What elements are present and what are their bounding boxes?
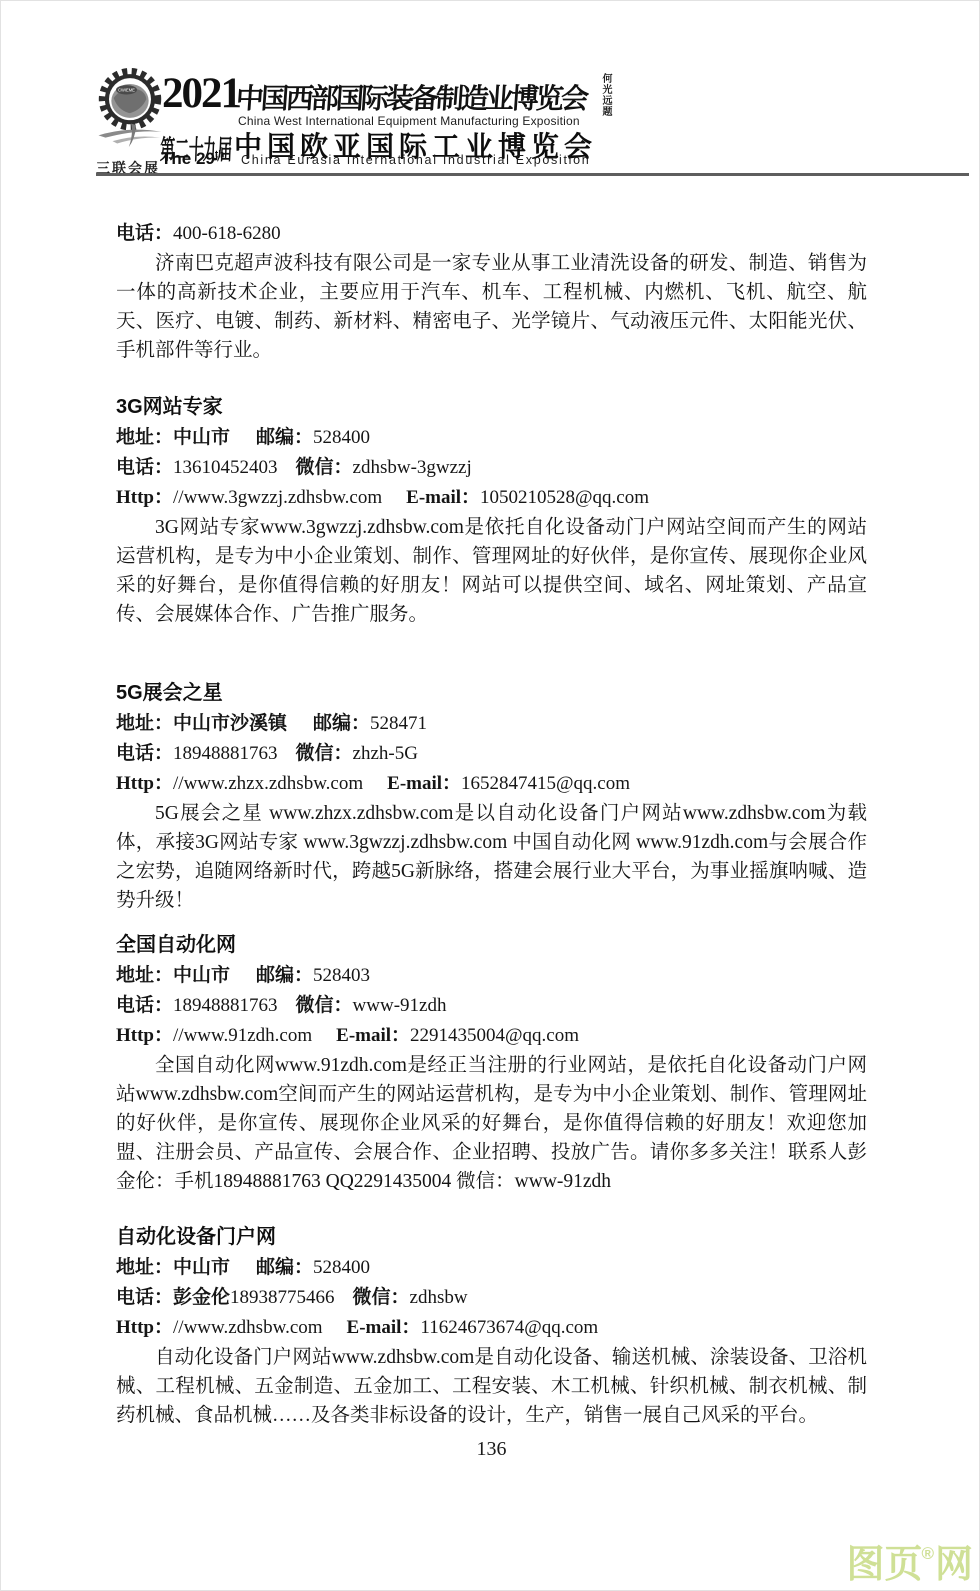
url-value: //www.zhzx.zdhsbw.com (173, 773, 363, 794)
address-value: 中山市 (173, 427, 230, 448)
website-line: Http：//www.3gwzzj.zdhsbw.comE-mail：10502… (116, 483, 867, 513)
phone-label: 电话： (116, 1287, 173, 1308)
address-value: 中山市 (173, 1257, 230, 1278)
email-label: E-mail： (387, 773, 461, 794)
company-name: 3G网站专家 (116, 390, 867, 419)
intro-description: 济南巴克超声波科技有限公司是一家专业从事工业清洗设备的研发、制造、销售为一体的高… (116, 249, 867, 365)
company-description: 自动化设备门户网站www.zdhsbw.com是自动化设备、输送机械、涂装设备、… (116, 1343, 867, 1430)
phone-line: 电话：13610452403微信：zdhsbw-3gwzzj (116, 453, 867, 483)
company-name: 自动化设备门户网 (116, 1220, 867, 1249)
address-line: 地址：中山市沙溪镇邮编：528471 (116, 709, 867, 739)
company-listing-91zdh: 全国自动化网 地址：中山市邮编：528403 电话：18948881763微信：… (116, 928, 867, 1196)
address-label: 地址： (116, 965, 173, 986)
phone-line: 电话：18948881763微信：zhzh-5G (116, 739, 867, 769)
ordinal-suffix: th (215, 149, 224, 160)
phone-value: 400-618-6280 (173, 223, 281, 244)
zip-label: 邮编： (256, 427, 313, 448)
company-listing-3g: 3G网站专家 地址：中山市邮编：528400 电话：13610452403微信：… (116, 390, 867, 629)
website-line: Http：//www.zhzx.zdhsbw.comE-mail：1652847… (116, 769, 867, 799)
header-title-cn: 中国西部国际装备制造业博览会 (235, 77, 588, 117)
wechat-label: 微信： (296, 743, 353, 764)
address-label: 地址： (116, 427, 173, 448)
address-value: 中山市沙溪镇 (173, 713, 287, 734)
email-label: E-mail： (347, 1317, 421, 1338)
url-value: //www.zdhsbw.com (173, 1317, 323, 1338)
address-label: 地址： (116, 713, 173, 734)
company-listing-5g: 5G展会之星 地址：中山市沙溪镇邮编：528471 电话：18948881763… (116, 676, 867, 915)
phone-line: 电话：18948881763微信：www-91zdh (116, 991, 867, 1021)
email-value: 2291435004@qq.com (410, 1025, 579, 1046)
http-label: Http： (116, 773, 173, 794)
zip-value: 528400 (313, 1257, 370, 1278)
company-description: 3G网站专家www.3gwzzj.zdhsbw.com是依托自化设备动门户网站空… (116, 513, 867, 629)
header-session-en: The 29th (161, 149, 224, 169)
wechat-value: zhzh-5G (353, 743, 418, 764)
registered-mark-icon: ® (921, 1544, 934, 1563)
page-content: 电话：400-618-6280 济南巴克超声波科技有限公司是一家专业从事工业清洗… (1, 219, 979, 1461)
phone-value: 13610452403 (173, 457, 278, 478)
phone-value: 18948881763 (173, 743, 278, 764)
phone-label: 电话： (116, 995, 173, 1016)
website-line: Http：//www.zdhsbw.comE-mail：11624673674@… (116, 1313, 867, 1343)
phone-label: 电话： (116, 223, 173, 244)
zip-label: 邮编： (256, 1257, 313, 1278)
company-description: 全国自动化网www.91zdh.com是经正当注册的行业网站，是依托自化设备动门… (116, 1051, 867, 1196)
email-value: 1050210528@qq.com (480, 487, 649, 508)
phone-label: 电话： (116, 457, 173, 478)
company-description: 5G展会之星 www.zhzx.zdhsbw.com是以自动化设备门户网站www… (116, 799, 867, 915)
zip-value: 528403 (313, 965, 370, 986)
header-divider (96, 173, 969, 176)
phone-line: 电话：彭金伦18938775466微信：zdhsbw (116, 1283, 867, 1313)
phone-value: 18938775466 (230, 1287, 335, 1308)
email-value: 11624673674@qq.com (420, 1317, 598, 1338)
company-listing-zdhsbw: 自动化设备门户网 地址：中山市邮编：528400 电话：彭金伦189387754… (116, 1220, 867, 1430)
address-line: 地址：中山市邮编：528400 (116, 423, 867, 453)
calligraphy-signature: 何光远题 (598, 73, 613, 117)
wechat-label: 微信： (296, 457, 353, 478)
header-year: 2021 (162, 69, 240, 118)
url-value: //www.91zdh.com (173, 1025, 312, 1046)
phone-label: 电话： (116, 743, 173, 764)
watermark-text-right: 网 (935, 1544, 973, 1586)
email-value: 1652847415@qq.com (461, 773, 630, 794)
page-number: 136 (116, 1438, 867, 1461)
intro-phone-line: 电话：400-618-6280 (116, 219, 867, 249)
company-name: 全国自动化网 (116, 928, 867, 957)
phone-value: 18948881763 (173, 995, 278, 1016)
zip-label: 邮编： (256, 965, 313, 986)
wechat-value: zdhsbw (410, 1287, 468, 1308)
logo-banner-text: CWIEME (118, 88, 135, 93)
expo-gear-globe-logo-icon: CWIEME (95, 65, 165, 159)
email-label: E-mail： (336, 1025, 410, 1046)
website-line: Http：//www.91zdh.comE-mail：2291435004@qq… (116, 1021, 867, 1051)
watermark-tuyewang: 图页®网 (846, 1546, 973, 1584)
address-label: 地址： (116, 1257, 173, 1278)
http-label: Http： (116, 1317, 173, 1338)
zip-value: 528471 (370, 713, 427, 734)
url-value: //www.3gwzzj.zdhsbw.com (173, 487, 382, 508)
company-name: 5G展会之星 (116, 676, 867, 705)
zip-value: 528400 (313, 427, 370, 448)
http-label: Http： (116, 487, 173, 508)
wechat-label: 微信： (296, 995, 353, 1016)
wechat-label: 微信： (353, 1287, 410, 1308)
header-subtitle2-en: China Eurasia International Industrial E… (241, 153, 590, 167)
catalog-page: CWIEME 三联会展 2021 中国西部国际装备制造业博览会 何光远题 Chi… (0, 0, 980, 1591)
address-line: 地址：中山市邮编：528400 (116, 1253, 867, 1283)
contact-person: 彭金伦 (173, 1287, 230, 1308)
watermark-text-left: 图页 (846, 1544, 922, 1586)
http-label: Http： (116, 1025, 173, 1046)
page-header: CWIEME 三联会展 2021 中国西部国际装备制造业博览会 何光远题 Chi… (1, 1, 979, 178)
zip-label: 邮编： (313, 713, 370, 734)
address-line: 地址：中山市邮编：528403 (116, 961, 867, 991)
address-value: 中山市 (173, 965, 230, 986)
email-label: E-mail： (406, 487, 480, 508)
wechat-value: www-91zdh (353, 995, 447, 1016)
wechat-value: zdhsbw-3gwzzj (353, 457, 472, 478)
